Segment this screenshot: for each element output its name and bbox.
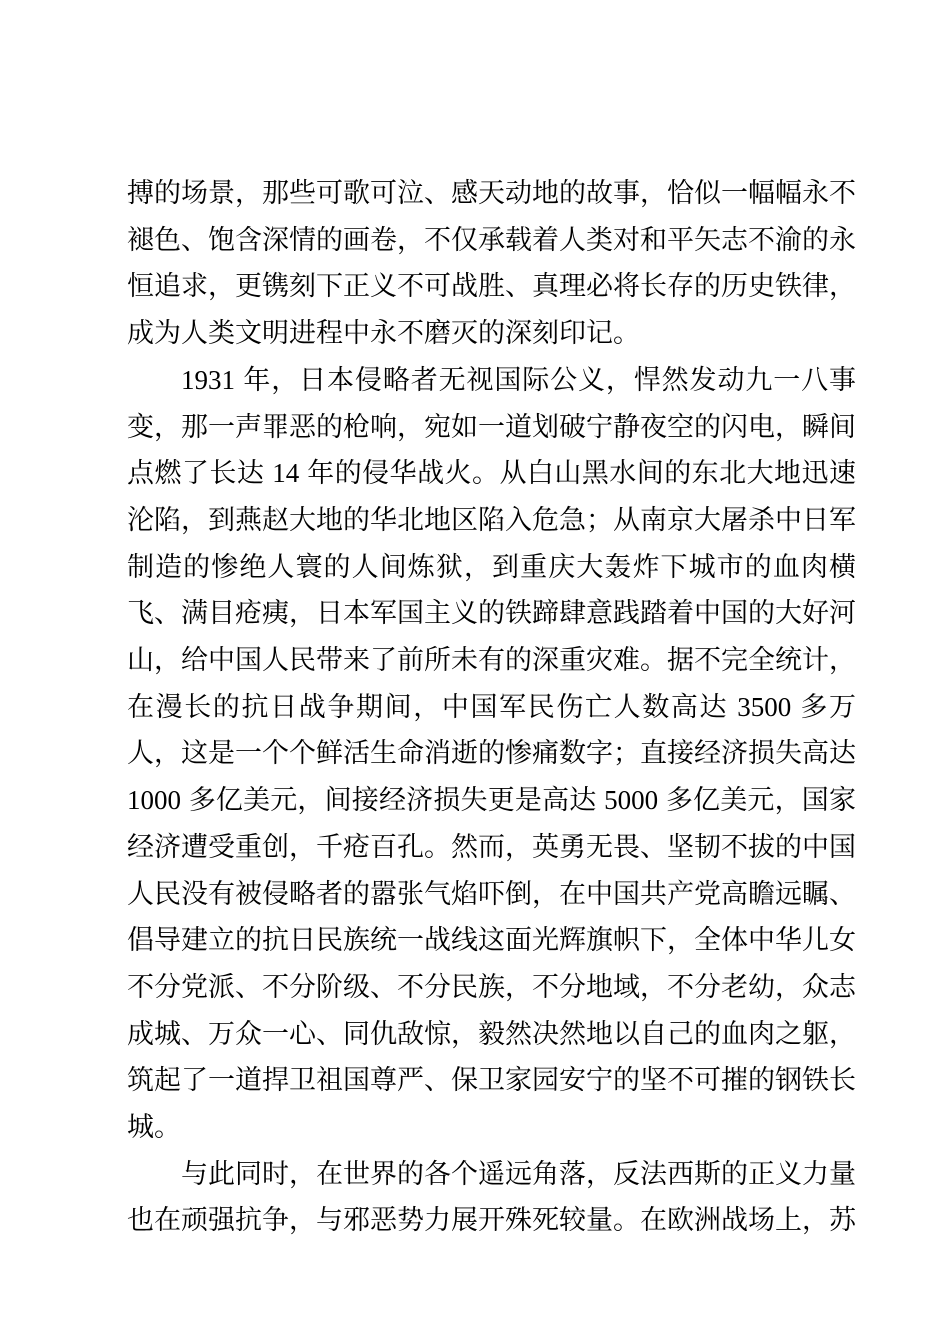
paragraph-2: 1931 年，日本侵略者无视国际公义，悍然发动九一八事变，那一声罪恶的枪响，宛如… bbox=[127, 357, 856, 1151]
paragraph-3: 与此同时，在世界的各个遥远角落，反法西斯的正义力量也在顽强抗争，与邪恶势力展开殊… bbox=[127, 1151, 856, 1244]
document-page: 搏的场景，那些可歌可泣、感天动地的故事，恰似一幅幅永不褪色、饱含深情的画卷，不仅… bbox=[0, 0, 950, 1344]
paragraph-1: 搏的场景，那些可歌可泣、感天动地的故事，恰似一幅幅永不褪色、饱含深情的画卷，不仅… bbox=[127, 170, 856, 357]
